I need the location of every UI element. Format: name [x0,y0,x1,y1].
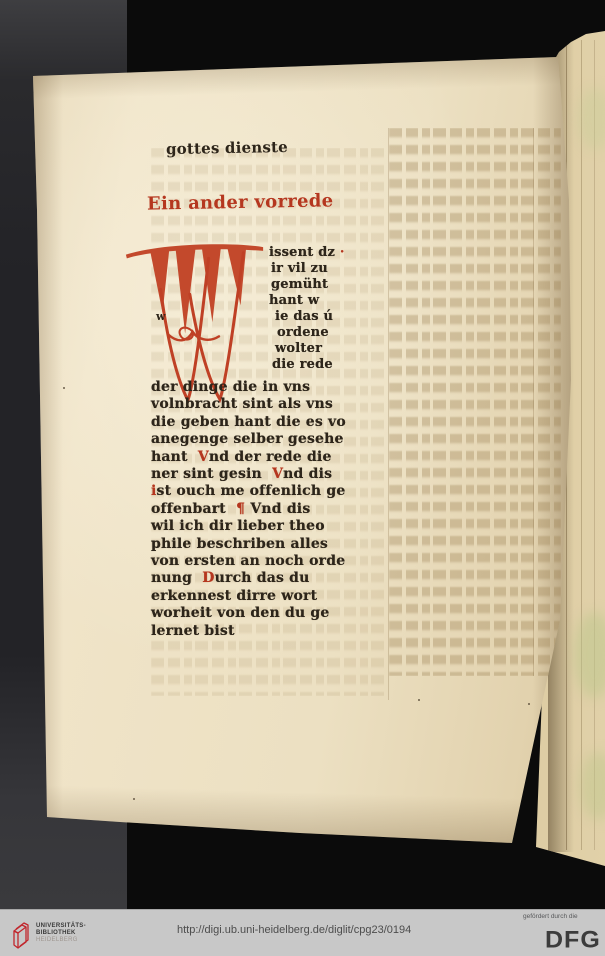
running-title: gottes dienste [166,138,288,158]
manuscript-line: volnbracht sint als vns [151,396,396,413]
manuscript-line: ie das ú [275,309,389,325]
funding-note: gefördert durch die [523,913,578,920]
main-text-lines: der dinge die in vnsvolnbracht sint als … [151,379,396,640]
wrapped-lines: issent dz ·ir vil zugemühthant wie das ú… [269,245,389,373]
ink-speck [63,387,65,389]
manuscript-page: gottes dienste Ein ander vorrede W w iss… [0,0,605,956]
ink-speck [418,699,420,701]
manuscript-line: die rede [272,357,389,373]
manuscript-line: anegenge selber gesehe [151,431,396,448]
manuscript-line: ist ouch me offenlich ge [151,483,396,500]
rubric-heading: Ein ander vorrede [147,190,334,214]
library-name-line3: HEIDELBERG [36,937,86,944]
manuscript-line: erkennest dirre wort [151,588,396,605]
manuscript-line: die geben hant die es vo [151,414,396,431]
page-edge-seam [594,40,595,850]
manuscript-line: phile beschriben alles [151,536,396,553]
guide-letter: w [156,310,166,323]
university-library-logo-icon [7,922,33,950]
parchment-stain [574,612,605,698]
source-url: http://digi.ub.uni-heidelberg.de/diglit/… [177,924,411,936]
manuscript-line: lernet bist [151,623,396,640]
manuscript-line: ner sint gesin Vnd dis [151,466,396,483]
manuscript-line: issent dz · [269,245,389,261]
manuscript-line: wolter [275,341,389,357]
parchment-stain [578,88,605,150]
manuscript-line: hant Vnd der rede die [151,449,396,466]
manuscript-line: ir vil zu [271,261,389,277]
manuscript-line: nung Durch das du [151,570,396,587]
manuscript-line: ordene [277,325,389,341]
manuscript-line: offenbart ¶ Vnd dis [151,501,396,518]
page-edge-seam [581,40,582,850]
manuscript-line: worheit von den du ge [151,605,396,622]
verso-bleedthrough-right-column [389,128,561,676]
ink-speck [133,798,135,800]
manuscript-line: gemüht [271,277,389,293]
footer-bar: UNIVERSITÄTS- BIBLIOTHEK HEIDELBERG http… [0,909,605,956]
ruling-line [533,128,534,676]
library-name-line1: UNIVERSITÄTS- [36,923,86,930]
manuscript-line: hant w [269,293,389,309]
library-name-line2: BIBLIOTHEK [36,930,86,937]
dfg-logo: DFG [545,929,601,953]
parchment-stain [580,752,605,820]
manuscript-line: von ersten an noch orde [151,553,396,570]
library-logo-text: UNIVERSITÄTS- BIBLIOTHEK HEIDELBERG [36,923,86,944]
manuscript-line: der dinge die in vns [151,379,396,396]
scan-viewport: gottes dienste Ein ander vorrede W w iss… [0,0,605,956]
manuscript-line: wil ich dir lieber theo [151,518,396,535]
ink-speck [528,703,530,705]
